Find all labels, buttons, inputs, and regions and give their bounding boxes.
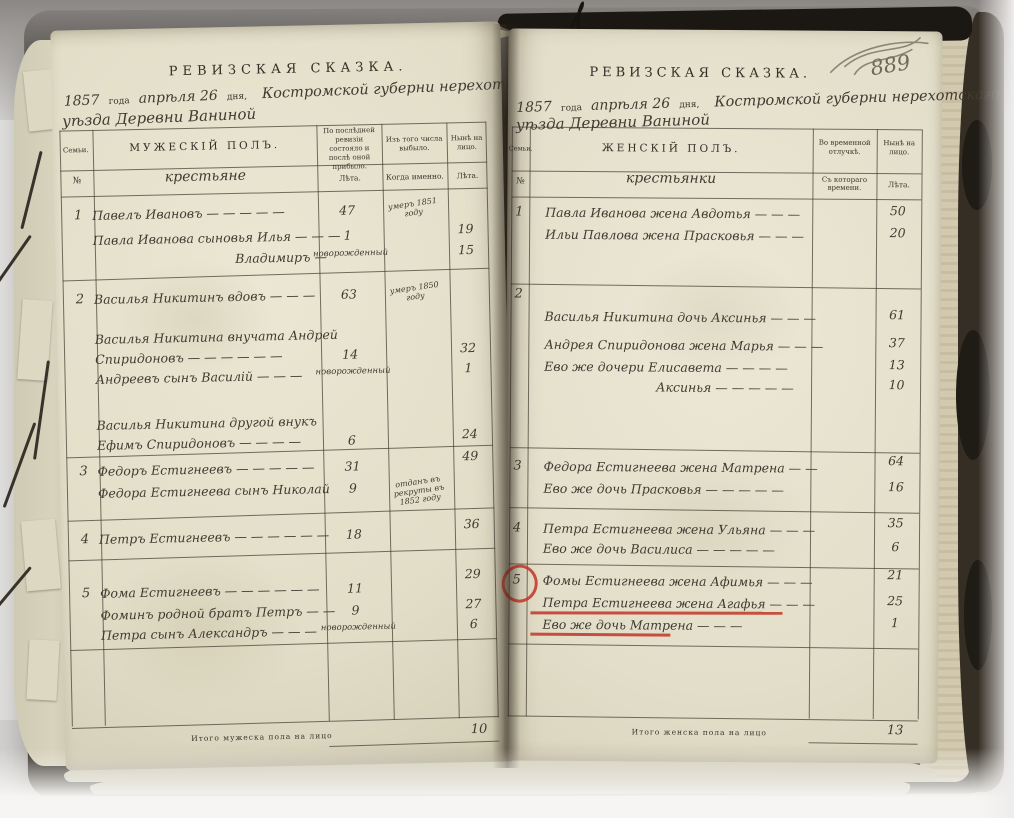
sub-since-when: Съ котораго времени. bbox=[814, 176, 874, 192]
sub-number: № bbox=[60, 176, 93, 187]
now-age: 10 bbox=[875, 377, 918, 392]
now-age: 1 bbox=[873, 615, 916, 630]
person-name: Федора Естигнеева жена Матрена — — bbox=[543, 459, 817, 476]
prev-age: 9 bbox=[320, 602, 390, 618]
prev-age: 14 bbox=[315, 346, 385, 362]
background-bottom bbox=[0, 748, 1014, 818]
table-line bbox=[68, 507, 495, 522]
table-row: 2 Василья Никитинъ вдовъ — — — 63 умеръ … bbox=[56, 283, 506, 312]
family-number: 4 bbox=[73, 532, 97, 547]
prev-age: 63 bbox=[314, 286, 384, 302]
now-age: 6 bbox=[874, 539, 917, 554]
table-row: 2 bbox=[507, 286, 941, 309]
goda-label: года bbox=[108, 96, 129, 107]
person-name: Андреевъ сынъ Василій — — — bbox=[95, 368, 302, 387]
person-name: Андрея Спиридонова жена Марья — — — bbox=[544, 337, 823, 354]
col-male-sex: МУЖЕСКІЙ ПОЛЪ. bbox=[93, 138, 317, 155]
table-row: Ево же дочь Прасковья — — — — — 16 bbox=[505, 480, 939, 503]
revision-list-photo: РЕВИЗСКАЯ СКАЗКА. 1857 года апрѣля 26 дн… bbox=[0, 0, 1014, 818]
date-line: 1857 года апрѣля 26 дня, Костромской губ… bbox=[516, 83, 1000, 115]
year-value: 1857 bbox=[64, 92, 100, 109]
left-page: РЕВИЗСКАЯ СКАЗКА. 1857 года апрѣля 26 дн… bbox=[50, 21, 515, 770]
table-row: 1 Павла Иванова жена Авдотья — — — 50 bbox=[507, 204, 941, 227]
prev-age: 31 bbox=[317, 458, 387, 474]
right-page: 889 РЕВИЗСКАЯ СКАЗКА. 1857 года апрѣля 2… bbox=[503, 28, 942, 763]
person-name: Ефимъ Спиридоновъ — — — — bbox=[97, 434, 301, 453]
family-number: 2 bbox=[68, 292, 92, 307]
col-temp-absence: Во временной отлучкѣ. bbox=[815, 139, 875, 158]
person-name: Василья Никитина дочь Аксинья — — — bbox=[545, 309, 817, 326]
person-name: Ево же дочери Елисавета — — — — bbox=[544, 359, 788, 376]
table-row: Андрея Спиридонова жена Марья — — — 37 bbox=[506, 336, 940, 359]
table-line bbox=[508, 715, 918, 721]
table-row: Ево же дочь Матрена — — — 1 bbox=[504, 616, 938, 639]
person-name: Ево же дочь Василиса — — — — — bbox=[543, 541, 775, 558]
now-age: 20 bbox=[876, 225, 919, 240]
departed-note: умеръ 1850 году bbox=[381, 279, 449, 307]
now-age: 19 bbox=[444, 221, 486, 237]
family-number: 3 bbox=[71, 464, 95, 479]
day-value: апрѣля 26 bbox=[138, 88, 218, 107]
departed-note: умеръ 1851 году bbox=[379, 195, 447, 223]
year-value: 1857 bbox=[516, 99, 552, 116]
now-age: 61 bbox=[876, 307, 919, 322]
col-now-present: Нынѣ на лицо. bbox=[449, 134, 485, 153]
sub-leta: Лѣта. bbox=[878, 180, 919, 189]
person-name: Спиридоновъ — — — — — — bbox=[95, 348, 283, 367]
person-name: Ево же дочь Прасковья — — — — — bbox=[543, 481, 784, 498]
person-name: Василья Никитинъ вдовъ — — — bbox=[94, 287, 316, 307]
sub-leta: Лѣта. bbox=[319, 173, 380, 183]
sub-class-peasants: крестьянки bbox=[529, 170, 812, 188]
person-name: Ильи Павлова жена Прасковья — — — bbox=[545, 227, 804, 244]
now-age: 37 bbox=[875, 335, 918, 350]
person-name: Петра Естигнеева жена Ульяна — — — bbox=[543, 521, 815, 538]
total-label: Итого женска пола на лицо bbox=[632, 727, 767, 737]
now-age: 50 bbox=[876, 203, 919, 218]
table-line bbox=[508, 643, 918, 649]
prev-age: 47 bbox=[312, 202, 382, 218]
person-name: Василья Никитина другой внукъ bbox=[96, 413, 317, 433]
departed-note: отданъ въ рекруты въ 1852 году bbox=[384, 473, 453, 510]
prev-age: 11 bbox=[320, 580, 390, 596]
person-name: Федора Естигнеева сынъ Николай bbox=[98, 481, 330, 501]
now-age: 24 bbox=[449, 426, 491, 442]
now-age: 27 bbox=[452, 596, 494, 612]
col-female-sex: ЖЕНСКІЙ ПОЛЪ. bbox=[530, 142, 813, 156]
prev-age: 6 bbox=[317, 432, 387, 448]
red-underline-annotation bbox=[530, 611, 782, 614]
family-number: 5 bbox=[74, 586, 98, 601]
now-age: 36 bbox=[451, 516, 493, 532]
person-name: Петра Естигнеева жена Агафья — — — bbox=[543, 595, 816, 612]
table-line bbox=[72, 716, 499, 729]
table-line bbox=[809, 742, 918, 745]
background-right bbox=[978, 0, 1014, 818]
table-line bbox=[329, 741, 499, 748]
table-row: Василья Никитина дочь Аксинья — — — 61 bbox=[506, 308, 940, 331]
now-age: 35 bbox=[874, 515, 917, 530]
goda-label: года bbox=[561, 103, 582, 114]
prev-age: новорожденный bbox=[321, 622, 391, 633]
col-now-present: Нынѣ на лицо. bbox=[879, 139, 920, 157]
table-line bbox=[61, 188, 488, 198]
person-name: Фома Естигнеевъ — — — — — — bbox=[100, 581, 320, 601]
sub-when-exactly: Когда именно. bbox=[384, 172, 445, 182]
now-age: 64 bbox=[875, 453, 918, 468]
person-name: Аксинья — — — — — bbox=[656, 380, 794, 396]
person-name: Павла Иванова жена Авдотья — — — bbox=[545, 205, 800, 222]
person-name: Фомы Естигнеева жена Афимья — — — bbox=[543, 573, 813, 590]
prev-age: 9 bbox=[318, 480, 388, 496]
prev-age: новорожденный bbox=[313, 248, 383, 259]
now-age: 21 bbox=[874, 567, 917, 582]
table-row: Ильи Павлова жена Прасковья — — — 20 bbox=[507, 226, 941, 249]
now-age: 13 bbox=[875, 357, 918, 372]
now-age: 25 bbox=[874, 593, 917, 608]
now-age: 16 bbox=[874, 479, 917, 494]
table-row: Ево же дочь Василиса — — — — — 6 bbox=[505, 540, 939, 563]
now-age: 32 bbox=[447, 340, 489, 356]
person-name: Ево же дочь Матрена — — — bbox=[542, 617, 742, 633]
person-name: Петръ Естигнеевъ — — — — — — bbox=[99, 527, 330, 547]
sub-class-peasants: крестьяне bbox=[93, 166, 317, 187]
now-age: 15 bbox=[445, 242, 487, 258]
now-age: 49 bbox=[449, 448, 491, 464]
table-row: 1 Павелъ Ивановъ — — — — — 47 умеръ 1851… bbox=[54, 199, 504, 228]
table-row: 5 Фомы Естигнеева жена Афимья — — — 21 bbox=[505, 572, 939, 595]
total-label: Итого мужеска пола на лицо bbox=[191, 731, 333, 743]
dnya-label: дня, bbox=[679, 100, 699, 111]
sub-leta: Лѣта. bbox=[449, 171, 485, 181]
total-female-count: 13 bbox=[873, 723, 918, 738]
col-departed: Изъ того числа выбыло. bbox=[384, 135, 445, 154]
book-spine-shadow bbox=[492, 24, 520, 768]
col-family: Семьи. bbox=[58, 146, 94, 156]
now-age: 1 bbox=[447, 360, 489, 376]
col-prev-revision: По послѣдней ревизіи состояло и послѣ он… bbox=[318, 126, 380, 173]
person-name: Петра сынъ Александръ — — — bbox=[101, 623, 317, 643]
family-number: 1 bbox=[66, 208, 90, 223]
prev-age: 18 bbox=[319, 526, 389, 542]
person-name: Павла Иванова сыновья Илья — — — bbox=[93, 228, 341, 248]
person-name: Павелъ Ивановъ — — — — — bbox=[92, 204, 285, 223]
prev-age: новорожденный bbox=[315, 366, 385, 377]
table-row: 3 Федора Естигнеева жена Матрена — — 64 bbox=[505, 458, 939, 481]
now-age: 29 bbox=[452, 566, 494, 582]
page-stub bbox=[21, 519, 61, 592]
page-title: РЕВИЗСКАЯ СКАЗКА. bbox=[530, 65, 870, 82]
prev-age: 1 bbox=[312, 227, 382, 243]
dnya-label: дня, bbox=[227, 92, 247, 103]
page-stub bbox=[26, 639, 59, 700]
person-name: Федоръ Естигнеевъ — — — — — bbox=[97, 459, 314, 479]
now-age: 6 bbox=[453, 616, 495, 632]
table-line bbox=[511, 197, 921, 201]
table-row: Аксинья — — — — — 10 bbox=[506, 378, 940, 401]
